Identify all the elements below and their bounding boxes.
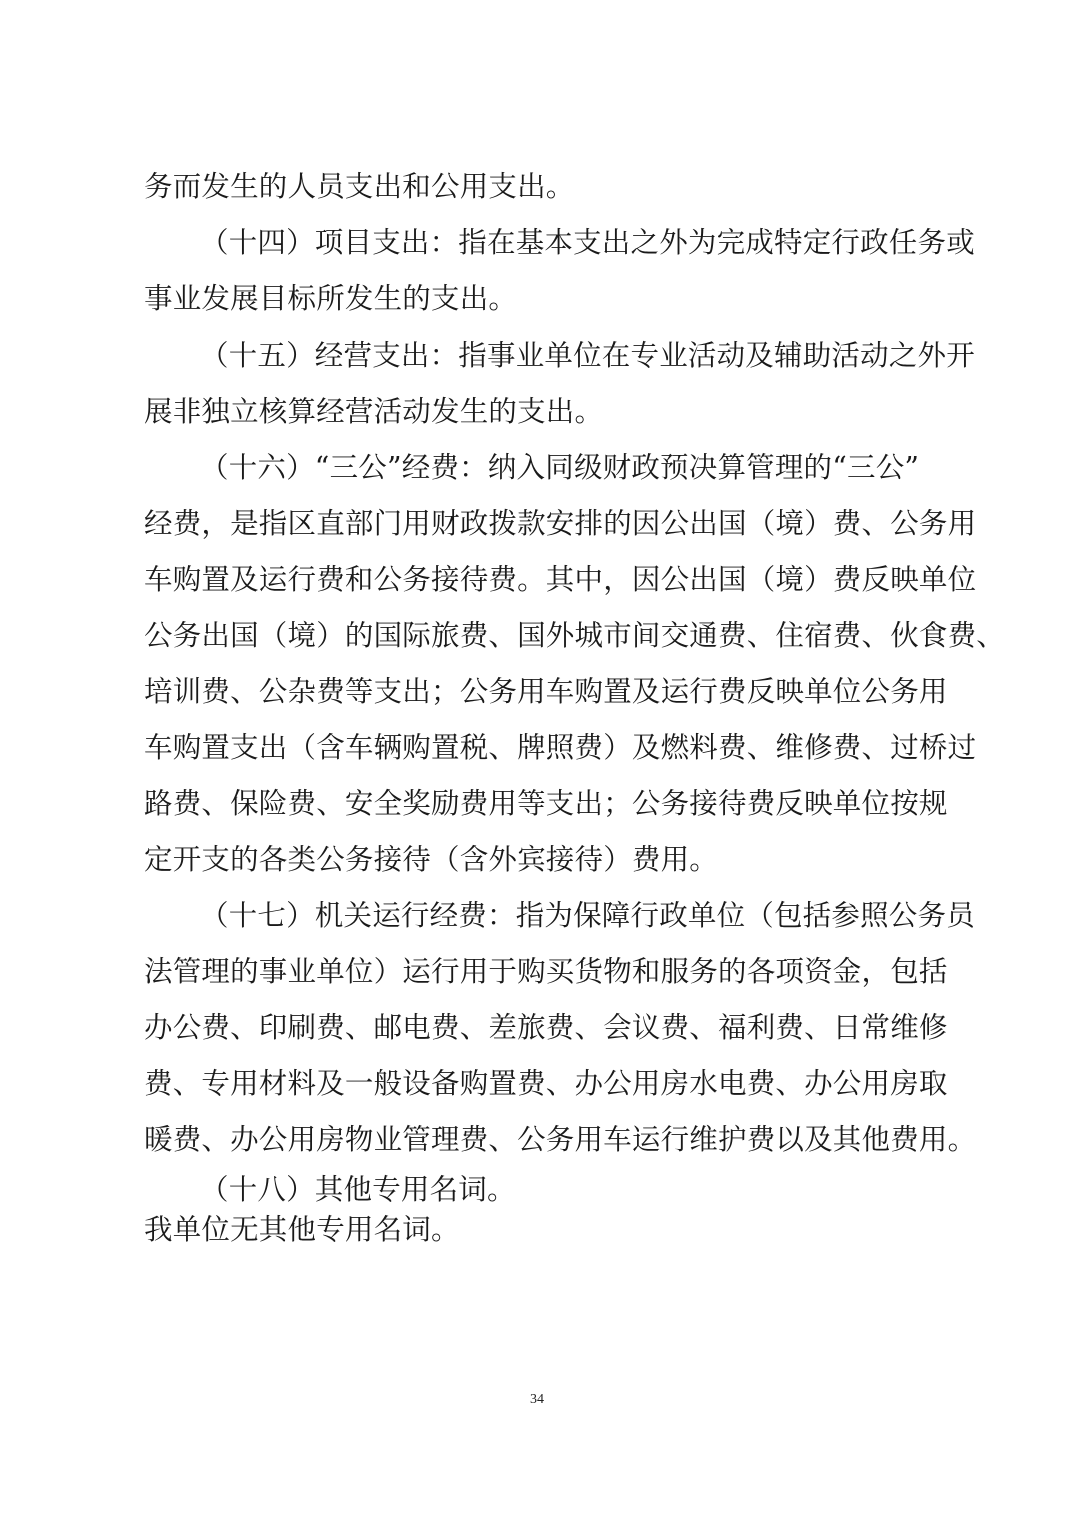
section-15-operating-expenditure: （十五）经营支出：指事业单位在专业活动及辅助活动之外开 xyxy=(200,336,975,376)
section-16-line-5: 培训费、公杂费等支出；公务用车购置及运行费反映单位公务用 xyxy=(144,672,948,712)
line-continuation-13: 务而发生的人员支出和公用支出。 xyxy=(144,167,575,207)
section-17-operating-funds: （十七）机关运行经费：指为保障行政单位（包括参照公务员 xyxy=(200,896,975,936)
section-15-line-2: 展非独立核算经营活动发生的支出。 xyxy=(144,392,603,432)
section-16-line-8: 定开支的各类公务接待（含外宾接待）费用。 xyxy=(144,840,718,880)
section-16-line-4: 公务出国（境）的国际旅费、国外城市间交通费、住宿费、伙食费、 xyxy=(144,616,1005,656)
page-number: 34 xyxy=(0,1392,1074,1408)
section-17-line-4: 费、专用材料及一般设备购置费、办公用房水电费、办公用房取 xyxy=(144,1064,948,1104)
section-16-three-public-expenses: （十六）“三公”经费：纳入同级财政预决算管理的“三公” xyxy=(200,448,919,488)
section-16-line-7: 路费、保险费、安全奖励费用等支出；公务接待费反映单位按规 xyxy=(144,784,948,824)
section-17-line-3: 办公费、印刷费、邮电费、差旅费、会议费、福利费、日常维修 xyxy=(144,1008,948,1048)
section-16-line-2: 经费，是指区直部门用财政拨款安排的因公出国（境）费、公务用 xyxy=(144,504,976,544)
section-17-line-5: 暖费、办公用房物业管理费、公务用车运行维护费以及其他费用。 xyxy=(144,1120,976,1160)
section-14-line-2: 事业发展目标所发生的支出。 xyxy=(144,279,517,319)
section-18-other-terms: （十八）其他专用名词。 xyxy=(200,1170,516,1210)
section-18-statement: 我单位无其他专用名词。 xyxy=(144,1210,460,1250)
section-16-line-3: 车购置及运行费和公务接待费。其中，因公出国（境）费反映单位 xyxy=(144,560,976,600)
section-17-line-2: 法管理的事业单位）运行用于购买货物和服务的各项资金，包括 xyxy=(144,952,948,992)
document-page: 务而发生的人员支出和公用支出。 （十四）项目支出：指在基本支出之外为完成特定行政… xyxy=(0,0,1074,1520)
section-14-project-expenditure: （十四）项目支出：指在基本支出之外为完成特定行政任务或 xyxy=(200,223,975,263)
section-16-line-6: 车购置支出（含车辆购置税、牌照费）及燃料费、维修费、过桥过 xyxy=(144,728,976,768)
